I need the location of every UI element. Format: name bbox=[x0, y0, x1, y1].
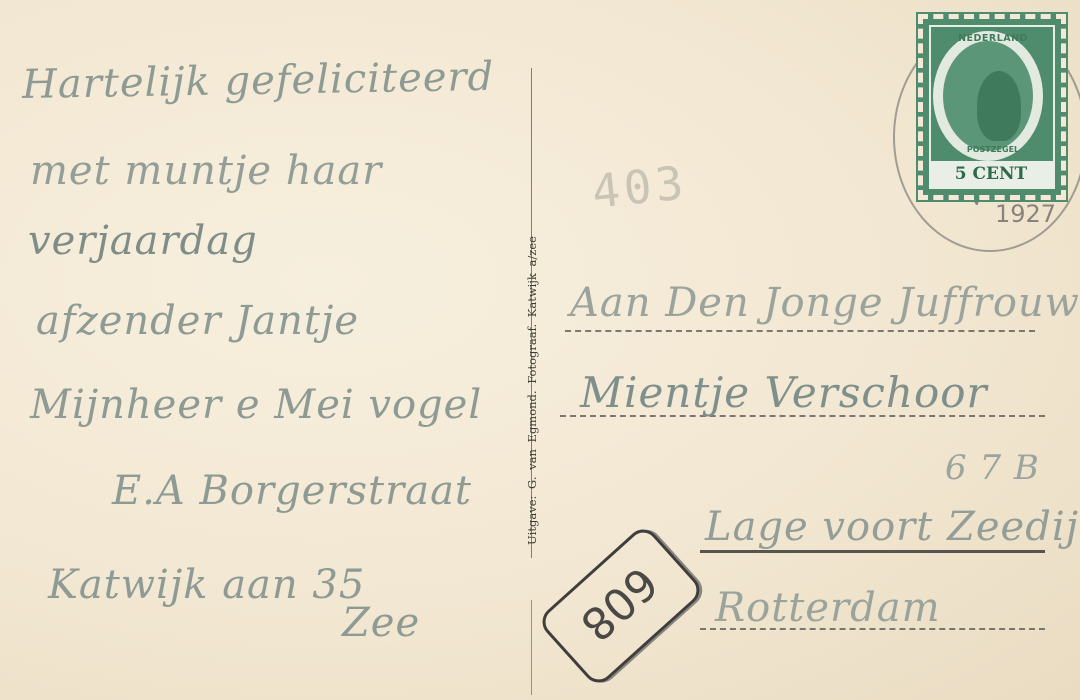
address-line: Aan Den Jonge Juffrouw bbox=[570, 280, 1080, 326]
message-line: E.A Borgerstraat bbox=[112, 468, 472, 514]
message-line: verjaardag bbox=[28, 218, 258, 264]
queen-portrait-icon bbox=[977, 71, 1021, 141]
postage-stamp: NEDERLAND POSTZEGEL 5 CENT bbox=[918, 14, 1066, 200]
message-line: Katwijk aan 35 bbox=[48, 562, 365, 608]
message-line: Hartelijk gefeliciteerd bbox=[22, 54, 495, 108]
stamp-country: NEDERLAND bbox=[943, 33, 1043, 44]
stamp-portrait-oval bbox=[933, 31, 1043, 161]
message-line: Mijnheer e Mei vogel bbox=[30, 382, 482, 428]
address-line: Lage voort Zeedijk bbox=[705, 504, 1080, 550]
boxed-number: 608 bbox=[550, 538, 688, 670]
boxed-number-stamp: 608 bbox=[536, 523, 706, 689]
address-rule bbox=[700, 550, 1045, 553]
address-line: Mientje Verschoor bbox=[580, 368, 988, 417]
stamp-label: POSTZEGEL bbox=[943, 145, 1043, 154]
message-line: Zee bbox=[342, 600, 420, 646]
address-line: Rotterdam bbox=[715, 585, 941, 631]
faint-number-stamp: 403 bbox=[589, 155, 689, 219]
address-line: 6 7 B bbox=[945, 448, 1040, 488]
center-divider-lower bbox=[531, 600, 532, 695]
message-line: met muntje haar bbox=[30, 148, 382, 194]
address-rule bbox=[565, 330, 1035, 332]
postmark-year: 1927 bbox=[995, 200, 1056, 228]
postcard-back: Hartelijk gefeliciteerd met muntje haar … bbox=[0, 0, 1080, 700]
message-line: afzender Jantje bbox=[36, 298, 359, 344]
publisher-imprint: Uitgave: G. van Egmond. Fotograaf. Katwi… bbox=[525, 236, 539, 545]
stamp-value: 5 CENT bbox=[929, 161, 1053, 187]
